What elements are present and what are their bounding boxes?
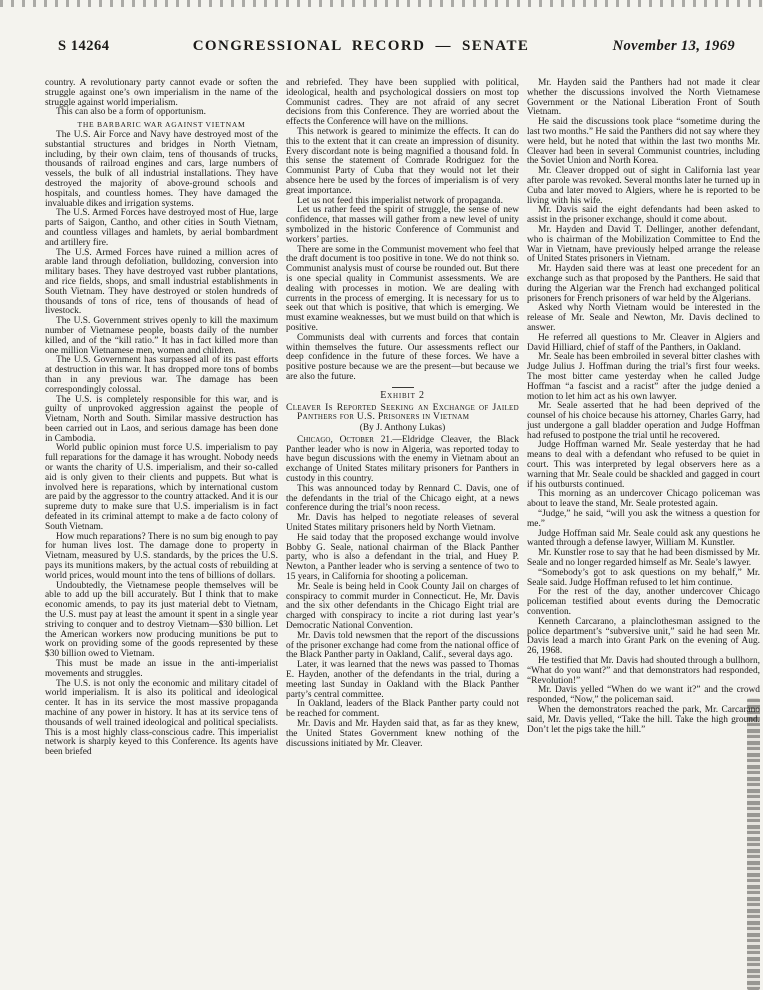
paragraph: How much reparations? There is no sum bi… — [45, 533, 278, 582]
paragraph: Undoubtedly, the Vietnamese people thems… — [45, 582, 278, 660]
paragraph: Mr. Davis has helped to negotiate releas… — [286, 514, 519, 534]
paragraph: This can also be a form of opportunism. — [45, 108, 278, 118]
paragraph: Mr. Davis yelled “When do we want it?” a… — [527, 686, 760, 706]
paragraph: The U.S. Government strives openly to ki… — [45, 317, 278, 356]
paragraph: This was announced today by Rennard C. D… — [286, 485, 519, 514]
paragraph: Chicago, October 21.—Eldridge Cleaver, t… — [286, 436, 519, 485]
paragraph: Mr. Hayden said the Panthers had not mad… — [527, 79, 760, 118]
paragraph: This must be made an issue in the anti-i… — [45, 660, 278, 680]
paragraph: World public opinion must force U.S. imp… — [45, 444, 278, 532]
paragraph: The U.S. Government has surpassed all of… — [45, 356, 278, 395]
section-heading: THE BARBARIC WAR AGAINST VIETNAM — [45, 120, 278, 130]
paragraph: Let us rather feed the spirit of struggl… — [286, 206, 519, 245]
paragraph: The U.S. Air Force and Navy have destroy… — [45, 131, 278, 209]
paragraph: The U.S. is completely responsible for t… — [45, 396, 278, 445]
paragraph: Communists deal with currents and forces… — [286, 334, 519, 383]
paragraph: and rebriefed. They have been supplied w… — [286, 79, 519, 128]
byline: (By J. Anthony Lukas) — [286, 424, 519, 434]
column-2: and rebriefed. They have been supplied w… — [286, 79, 519, 749]
paragraph: This network is geared to minimize the e… — [286, 128, 519, 197]
paragraph: Judge Hoffman said Mr. Seale could ask a… — [527, 530, 760, 550]
paragraph: country. A revolutionary party cannot ev… — [45, 79, 278, 108]
column-1: country. A revolutionary party cannot ev… — [45, 79, 278, 758]
paragraph: Asked why North Vietnam would be interes… — [527, 304, 760, 333]
paragraph: He referred all questions to Mr. Cleaver… — [527, 334, 760, 354]
paragraph: Mr. Davis said the eight defendants had … — [527, 206, 760, 226]
paragraph: Mr. Davis and Mr. Hayden said that, as f… — [286, 720, 519, 749]
paragraph: Kenneth Carcarano, a plainclothesman ass… — [527, 618, 760, 657]
paragraph: Mr. Seale has been embroiled in several … — [527, 353, 760, 402]
paragraph: Mr. Seale is being held in Cook County J… — [286, 583, 519, 632]
paragraph: He said the discussions took place “some… — [527, 118, 760, 167]
paragraph: Mr. Cleaver dropped out of sight in Cali… — [527, 167, 760, 206]
paragraph: For the rest of the day, another underco… — [527, 588, 760, 617]
paragraph: Mr. Hayden said there was at least one p… — [527, 265, 760, 304]
text-columns: country. A revolutionary party cannot ev… — [45, 79, 759, 758]
paragraph: The U.S. Armed Forces have ruined a mill… — [45, 249, 278, 318]
paragraph: “Judge,” he said, “will you ask the witn… — [527, 510, 760, 530]
paragraph: Mr. Kunstler rose to say that he had bee… — [527, 549, 760, 569]
paragraph: Mr. Hayden and David T. Dellinger, anoth… — [527, 226, 760, 265]
paragraph: Judge Hoffman warned Mr. Seale yesterday… — [527, 441, 760, 490]
paragraph: When the demonstrators reached the park,… — [527, 706, 760, 735]
page-title: CONGRESSIONAL RECORD — SENATE — [193, 38, 530, 55]
paragraph: The U.S. is not only the economic and mi… — [45, 680, 278, 758]
paragraph: This morning as an undercover Chicago po… — [527, 490, 760, 510]
congressional-record-page: S 14264 CONGRESSIONAL RECORD — SENATE No… — [0, 0, 763, 990]
paragraph: He testified that Mr. Davis had shouted … — [527, 657, 760, 686]
page-number: S 14264 — [58, 38, 109, 55]
paragraph: Mr. Seale asserted that he had been depr… — [527, 402, 760, 441]
article-title: Cleaver Is Reported Seeking an Exchange … — [286, 403, 519, 423]
page-date: November 13, 1969 — [613, 38, 735, 55]
section-divider — [392, 387, 414, 388]
paragraph: “Somebody’s got to ask questions on my b… — [527, 569, 760, 589]
paragraph: The U.S. Armed Forces have destroyed mos… — [45, 209, 278, 248]
column-3: Mr. Hayden said the Panthers had not mad… — [527, 79, 760, 735]
paragraph: There are some in the Communist movement… — [286, 246, 519, 334]
paragraph: Mr. Davis told newsmen that the report o… — [286, 632, 519, 661]
paragraph: He said today that the proposed exchange… — [286, 534, 519, 583]
scan-artifact-top — [0, 0, 763, 7]
exhibit-heading: Exhibit 2 — [286, 391, 519, 401]
page-header: S 14264 CONGRESSIONAL RECORD — SENATE No… — [58, 38, 735, 55]
paragraph: In Oakland, leaders of the Black Panther… — [286, 700, 519, 720]
paragraph: Later, it was learned that the news was … — [286, 661, 519, 700]
dateline: Chicago, October 21.— — [297, 435, 402, 445]
